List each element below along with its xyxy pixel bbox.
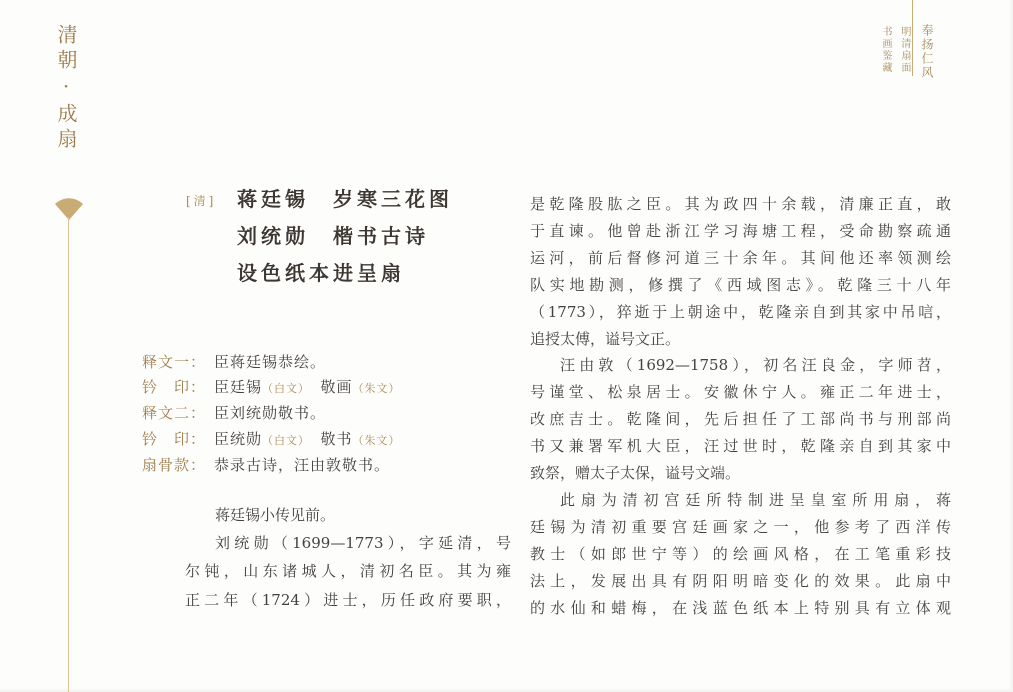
- plate-title-line: 蒋廷锡 岁寒三花图: [237, 181, 453, 218]
- metadata-label: 扇骨款：: [142, 456, 206, 474]
- metadata-label: 钤 印：: [142, 430, 206, 448]
- text-line: 尔钝，山东诸城人，清初名臣。其为雍: [185, 557, 511, 585]
- text-line: 的水仙和蜡梅，在浅蓝色纸本上特别具有立体观: [530, 595, 951, 622]
- text-line: 追授太傅，谥号文正。: [530, 326, 951, 353]
- banner-collection-title: 书画鉴藏: [878, 26, 893, 74]
- plate-title-line: 刘统勋 楷书古诗: [237, 218, 453, 255]
- text-line: 号谨堂、松泉居士。安徽休宁人。雍正二年进士，: [530, 379, 951, 406]
- banner-motto: 奉扬仁风: [919, 24, 936, 80]
- banner-divider-line: [912, 0, 913, 76]
- text-line: 于直谏。他曾赴浙江学习海塘工程，受命勘察疏通: [530, 218, 951, 245]
- text-line: 致祭，赠太子太保，谥号文端。: [530, 460, 951, 487]
- metadata-label: 钤 印：: [142, 378, 206, 396]
- text-line: 队实地勘测，修撰了《西域图志》。乾隆三十八年: [530, 272, 951, 299]
- biography-right-column: 是乾隆股肱之臣。其为政四十余载，清廉正直，敢于直谏。他曾赴浙江学习海塘工程，受命…: [530, 191, 951, 622]
- text-line: 廷锡为清初重要宫廷画家之一，他参考了西洋传: [530, 514, 951, 541]
- biography-left-column: 蒋廷锡小传见前。刘统勋（1699—1773），字延清，号尔钝，山东诸城人，清初名…: [185, 501, 511, 614]
- text-line: （1773），猝逝于上朝途中，乾隆亲自到其家中吊唁，: [530, 299, 951, 326]
- metadata-value: 臣廷锡: [214, 378, 262, 396]
- plate-metadata: 释文一：臣蒋廷锡恭绘。钤 印：臣廷锡（白文） 敬画（朱文）释文二：臣刘统勋敬书。…: [142, 350, 401, 478]
- metadata-row: 钤 印：臣统勋（白文） 敬书（朱文）: [142, 427, 401, 453]
- seal-type-annotation: （白文）: [262, 382, 305, 395]
- text-line: 改庶吉士。乾隆间，先后担任了工部尚书与刑部尚: [530, 406, 951, 433]
- fan-icon: [51, 194, 87, 220]
- chapter-title-vertical: 清朝·成扇: [52, 24, 81, 153]
- text-line: 此扇为清初宫廷所特制进呈皇室所用扇，蒋: [530, 487, 951, 514]
- metadata-row: 释文一：臣蒋廷锡恭绘。: [142, 350, 401, 375]
- banner-series-title: 明清扇面: [897, 26, 912, 74]
- plate-title-block: 蒋廷锡 岁寒三花图 刘统勋 楷书古诗 设色纸本进呈扇: [237, 181, 453, 292]
- metadata-value: 恭录古诗，汪由敦敬书。: [214, 456, 390, 474]
- book-page: 清朝·成扇 奉扬仁风 明清扇面 书画鉴藏 [清] 蒋廷锡 岁寒三花图 刘统勋 楷…: [0, 0, 1013, 692]
- metadata-row: 扇骨款：恭录古诗，汪由敦敬书。: [142, 453, 401, 478]
- metadata-value: 敬书: [305, 430, 353, 448]
- metadata-value: 臣蒋廷锡恭绘。: [214, 353, 326, 371]
- text-line: 蒋廷锡小传见前。: [185, 501, 511, 529]
- metadata-label: 释文一：: [142, 353, 206, 371]
- text-line: 正二年（1724）进士，历任政府要职，: [185, 586, 511, 614]
- text-line: 书又兼署军机大臣，汪过世时，乾隆亲自到其家中: [530, 433, 951, 460]
- metadata-row: 钤 印：臣廷锡（白文） 敬画（朱文）: [142, 375, 401, 401]
- sidebar-rule-line: [68, 217, 69, 692]
- text-line: 法上，发展出具有阴阳明暗变化的效果。此扇中: [530, 568, 951, 595]
- metadata-row: 释文二：臣刘统勋敬书。: [142, 401, 401, 426]
- plate-title-line: 设色纸本进呈扇: [237, 255, 453, 292]
- text-line: 运河，前后督修河道三十余年。其间他还率领测绘: [530, 245, 951, 272]
- seal-type-annotation: （朱文）: [353, 434, 401, 447]
- metadata-value: 臣统勋: [214, 430, 262, 448]
- seal-type-annotation: （白文）: [262, 434, 305, 447]
- metadata-value: 敬画: [305, 378, 353, 396]
- seal-type-annotation: （朱文）: [353, 382, 401, 395]
- metadata-value: 臣刘统勋敬书。: [214, 404, 326, 422]
- era-tag: [清]: [186, 192, 216, 209]
- metadata-label: 释文二：: [142, 404, 206, 422]
- text-line: 教士（如郎世宁等）的绘画风格，在工笔重彩技: [530, 541, 951, 568]
- text-line: 刘统勋（1699—1773），字延清，号: [185, 529, 511, 557]
- text-line: 汪由敦（1692—1758），初名汪良金，字师苕，: [530, 352, 951, 379]
- text-line: 是乾隆股肱之臣。其为政四十余载，清廉正直，敢: [530, 191, 951, 218]
